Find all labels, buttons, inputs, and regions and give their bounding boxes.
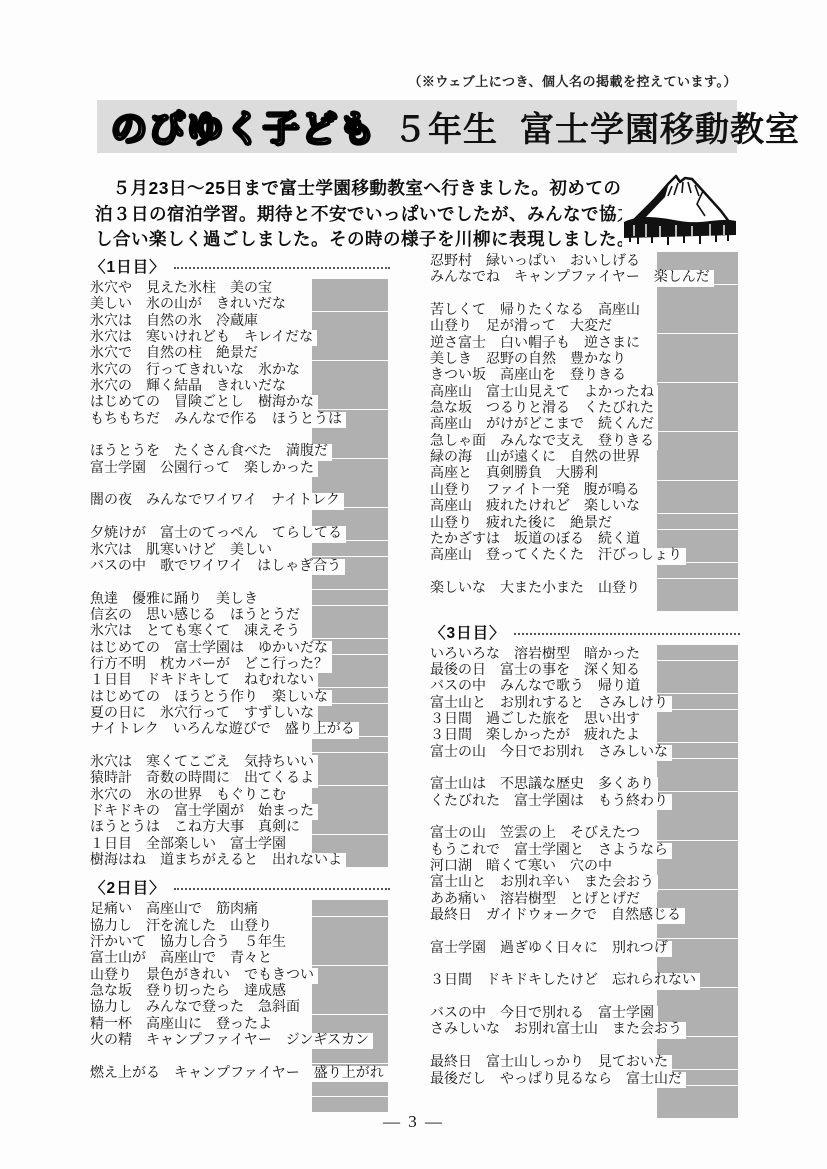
poem-text: 急な坂 つるりと滑る くたびれた — [430, 401, 658, 417]
blank-line — [90, 508, 390, 524]
blank-line — [430, 988, 740, 1004]
poem-line: もうこれで 富士学園と さようなら — [430, 841, 740, 857]
poem-text: 行方不明 枕カバーが どこ行った？ — [90, 657, 332, 673]
redaction-box — [312, 671, 388, 687]
poem-text: いろいろな 溶岩樹型 暗かった — [430, 647, 644, 663]
redaction-box — [657, 1004, 738, 1020]
poem-line: 高座山 富士山見えて よかったね — [430, 383, 740, 399]
poem-text: 急しゃ面 みんなで支え 登りきる — [430, 434, 658, 450]
redaction-box — [312, 426, 388, 442]
poem-line: バスの中 みんなで歌う 帰り道 — [430, 677, 740, 693]
poem-text: 火の精 キャンプファイヤー ジンギスカン — [90, 1033, 373, 1049]
poem-line: 氷穴は 寒くてこごえ 気持ちいい — [90, 753, 390, 769]
poem-line: 最後だし やっぱり見るなら 富士山だ — [430, 1070, 740, 1086]
poem-line: ほうとうは こね方大事 真剣に — [90, 818, 390, 834]
redaction-box — [312, 737, 388, 753]
poem-text: １日目 ドキドキして ねむれない — [90, 673, 318, 689]
redaction-box — [657, 334, 738, 350]
blank-line — [90, 1097, 390, 1113]
redaction-box — [312, 1080, 388, 1096]
poems-column-left: 〈1日目〉氷穴や 見えた氷柱 美の宝美しい 氷の山が きれいだな氷穴は 自然の氷… — [90, 255, 390, 1113]
poem-text: 富士山が 高座山で 青々と — [90, 951, 276, 967]
poem-text: くたびれた 富士学園は もう終わり — [430, 794, 672, 810]
redaction-box — [312, 966, 388, 982]
poem-line: きつい坂 高座山を 登りきる — [430, 366, 740, 382]
poem-text: はじめての ほうとう作り 楽しいな — [90, 690, 332, 706]
poem-text: 富士山と お別れすると さみしけり — [430, 696, 672, 712]
poem-line: 富士学園 公園行って 楽しかった — [90, 459, 390, 475]
poem-text: 忍野村 緑いっぱい おいしげる — [430, 254, 644, 270]
mount-fuji-illustration — [622, 170, 738, 252]
redaction-box — [312, 933, 388, 949]
redaction-box — [657, 824, 738, 840]
poem-text: ああ痛い 溶岩樹型 とげとげだ — [430, 892, 644, 908]
poem-line: 協力し みんなで登った 急斜面 — [90, 998, 390, 1014]
masthead-series-title: のびゆく子ども — [111, 101, 377, 152]
poem-text: 協力し 汗を流した 山登り — [90, 919, 276, 935]
poem-line: ３日間 楽しかったが 疲れたよ — [430, 726, 740, 742]
redaction-box — [657, 710, 738, 726]
poem-text: １日目 全部楽しい 富士学園 — [90, 837, 290, 853]
poem-line: 急しゃ面 みんなで支え 登りきる — [430, 432, 740, 448]
poem-line: ドキドキの 富士学園が 始まった — [90, 802, 390, 818]
newsletter-page: （※ウェブ上につき、個人名の掲載を控えています。） のびゆく子ども ５年生 富士… — [0, 0, 827, 1169]
poem-line: 最終日 ガイドウォークで 自然感じる — [430, 906, 740, 922]
poem-line: 行方不明 枕カバーが どこ行った？ — [90, 655, 390, 671]
redaction-box — [312, 328, 388, 344]
poem-text: 氷穴の 行ってきれいな 氷かな — [90, 363, 304, 379]
poem-text: 協力し みんなで登った 急斜面 — [90, 1000, 304, 1016]
redaction-box — [657, 366, 738, 382]
redaction-box — [657, 661, 738, 677]
redaction-box — [657, 252, 738, 268]
poem-line: 氷穴は 自然の氷 冷蔵庫 — [90, 312, 390, 328]
redaction-box — [312, 1047, 388, 1063]
redaction-box — [312, 606, 388, 622]
poem-text: 氷穴は 寒くてこごえ 気持ちいい — [90, 755, 318, 771]
redaction-box — [657, 464, 738, 480]
poem-text: 猿時計 奇数の時間に 出てくるよ — [90, 771, 318, 787]
poem-line: 氷穴の 氷の世界 もぐりこむ — [90, 786, 390, 802]
poem-line: 緑の海 山が遠くに 自然の世界 — [430, 448, 740, 464]
redaction-box — [657, 301, 738, 317]
poem-line: 忍野村 緑いっぱい おいしげる — [430, 252, 740, 268]
blank-line — [430, 595, 740, 611]
poem-line: 火の精 キャンプファイヤー ジンギスカン — [90, 1031, 390, 1047]
blank-line — [90, 475, 390, 491]
redaction-box — [657, 873, 738, 889]
section-header-label: 〈3日目〉 — [430, 621, 506, 643]
redaction-box — [312, 295, 388, 311]
poem-text: ナイトレク いろんな遊びで 盛り上がる — [90, 722, 359, 738]
blank-line — [430, 1086, 740, 1102]
poem-text: 氷穴や 見えた氷柱 美の宝 — [90, 281, 276, 297]
poem-line: バスの中 歌でワイワイ はしゃぎ合う — [90, 557, 390, 573]
poem-text: 河口湖 暗くて寒い 穴の中 — [430, 859, 616, 875]
blank-line — [430, 563, 740, 579]
poem-line: 高座山 疲れたけれど 楽しいな — [430, 497, 740, 513]
poem-text: 急な坂 登り切ったら 達成感 — [90, 984, 290, 1000]
poem-text: 高座山 疲れたけれど 楽しいな — [430, 499, 644, 515]
blank-line — [90, 737, 390, 753]
dotted-leader — [174, 888, 390, 890]
poem-line: 急な坂 つるりと滑る くたびれた — [430, 399, 740, 415]
poem-text: 氷穴の 輝く結晶 きれいだな — [90, 379, 290, 395]
poem-line: 氷穴や 見えた氷柱 美の宝 — [90, 279, 390, 295]
redaction-box — [657, 497, 738, 513]
blank-line — [430, 808, 740, 824]
poem-line: はじめての 冒険ごとし 樹海かな — [90, 393, 390, 409]
poem-line: 燃え上がる キャンプファイヤー 盛り上がれ — [90, 1064, 390, 1080]
redaction-box — [312, 508, 388, 524]
redaction-box — [657, 775, 738, 791]
poem-text: 氷穴で 自然の柱 絶景だ — [90, 346, 262, 362]
poem-text: 魚達 優雅に踊り 美しき — [90, 592, 262, 608]
redaction-box — [657, 285, 738, 301]
poem-line: 魚達 優雅に踊り 美しき — [90, 590, 390, 606]
redaction-box — [312, 590, 388, 606]
poem-line: 美しき 忍野の自然 豊かなり — [430, 350, 740, 366]
poem-line: 山登り 疲れた後に 絶景だ — [430, 514, 740, 530]
redaction-box — [657, 399, 738, 415]
poem-line: ああ痛い 溶岩樹型 とげとげだ — [430, 890, 740, 906]
poem-text: バスの中 今日で別れる 富士学園 — [430, 1006, 658, 1022]
poem-line: 協力し 汗を流した 山登り — [90, 917, 390, 933]
redaction-box — [312, 998, 388, 1014]
poem-line: 山登り 足が滑って 大変だ — [430, 317, 740, 333]
poem-line: 猿時計 奇数の時間に 出てくるよ — [90, 769, 390, 785]
poem-text: 最終日 富士山しっかり 見ておいた — [430, 1055, 672, 1071]
poem-line: 美しい 氷の山が きれいだな — [90, 295, 390, 311]
poem-text: たかざすは 坂道のぼる 続く道 — [430, 532, 644, 548]
poem-line: 夏の日に 氷穴行って すずしいな — [90, 704, 390, 720]
poem-line: 氷穴で 自然の柱 絶景だ — [90, 344, 390, 360]
poem-line: 樹海はね 道まちがえると 出れないよ — [90, 851, 390, 867]
redaction-box — [312, 541, 388, 557]
poem-text: 富士の山 今日でお別れ さみしいな — [430, 745, 672, 761]
redaction-box — [312, 818, 388, 834]
redaction-box — [657, 432, 738, 448]
poem-text: 夏の日に 氷穴行って すずしいな — [90, 706, 318, 722]
section-header: 〈1日目〉 — [90, 255, 390, 277]
poem-line: 最終日 富士山しっかり 見ておいた — [430, 1053, 740, 1069]
redaction-box — [312, 312, 388, 328]
redaction-box — [312, 704, 388, 720]
blank-line — [430, 285, 740, 301]
redaction-box — [657, 317, 738, 333]
poem-line: 汗かいて 協力し合う ５年生 — [90, 933, 390, 949]
privacy-disclaimer: （※ウェブ上につき、個人名の掲載を控えています。） — [408, 71, 737, 90]
poem-line: ナイトレク いろんな遊びで 盛り上がる — [90, 720, 390, 736]
redaction-box — [312, 1097, 388, 1113]
poem-text: 苦しくて 帰りたくなる 高座山 — [430, 303, 644, 319]
poem-text: 最後の日 富士の事を 深く知る — [430, 663, 644, 679]
poem-text: 山登り 景色がきれい でもきつい — [90, 968, 318, 984]
redaction-box — [312, 949, 388, 965]
poem-line: たかざすは 坂道のぼる 続く道 — [430, 530, 740, 546]
redaction-box — [312, 361, 388, 377]
poem-line: 氷穴は とても寒くて 凍えそう — [90, 622, 390, 638]
poem-text: ほうとうを たくさん食べた 満腹だ — [90, 444, 332, 460]
poem-line: 氷穴の 行ってきれいな 氷かな — [90, 361, 390, 377]
redaction-box — [312, 900, 388, 916]
redaction-box — [657, 677, 738, 693]
masthead-event-title: 富士学園移動教室 — [520, 102, 800, 151]
poem-text: 樹海はね 道まちがえると 出れないよ — [90, 853, 346, 869]
poem-text: バスの中 歌でワイワイ はしゃぎ合う — [90, 559, 345, 575]
poem-text: 富士の山 笠雲の上 そびえたつ — [430, 826, 644, 842]
poem-text: 高座と 真剣勝負 大勝利 — [430, 466, 602, 482]
poem-line: １日目 ドキドキして ねむれない — [90, 671, 390, 687]
blank-line — [90, 1047, 390, 1063]
poem-line: ３日間 過ごした旅を 思い出す — [430, 710, 740, 726]
redaction-box — [312, 835, 388, 851]
poem-text: 最終日 ガイドウォークで 自然感じる — [430, 908, 685, 924]
poem-text: 氷穴は 肌寒いけど 美しい — [90, 543, 276, 559]
redaction-box — [312, 279, 388, 295]
poem-text: 山登り 疲れた後に 絶景だ — [430, 516, 616, 532]
redaction-box — [657, 857, 738, 873]
poem-text: 富士学園 公園行って 楽しかった — [90, 461, 318, 477]
poem-text: ３日間 楽しかったが 疲れたよ — [430, 728, 644, 744]
poem-text: 最後だし やっぱり見るなら 富士山だ — [430, 1072, 686, 1088]
poem-line: 最後の日 富士の事を 深く知る — [430, 661, 740, 677]
section-header-label: 〈1日目〉 — [90, 255, 166, 277]
redaction-box — [657, 645, 738, 661]
poem-line: いろいろな 溶岩樹型 暗かった — [430, 645, 740, 661]
blank-line — [430, 1037, 740, 1053]
redaction-box — [312, 393, 388, 409]
poem-text: 美しい 氷の山が きれいだな — [90, 297, 290, 313]
redaction-box — [657, 415, 738, 431]
poem-line: 氷穴は 肌寒いけど 美しい — [90, 541, 390, 557]
poem-line: もちもちだ みんなで作る ほうとうは — [90, 410, 390, 426]
redaction-box — [312, 802, 388, 818]
redaction-box — [657, 1037, 738, 1053]
poem-text: 富士山と お別れ辛い また会おう — [430, 875, 658, 891]
section-header: 〈2日目〉 — [90, 876, 390, 898]
poem-text: 氷穴は とても寒くて 凍えそう — [90, 624, 304, 640]
redaction-box — [657, 383, 738, 399]
poem-text: 汗かいて 協力し合う ５年生 — [90, 935, 290, 951]
blank-line — [430, 922, 740, 938]
redaction-box — [657, 922, 738, 938]
poem-text: 燃え上がる キャンプファイヤー 盛り上がれ — [90, 1066, 388, 1082]
poem-text: 美しき 忍野の自然 豊かなり — [430, 352, 630, 368]
poem-line: 山登り 景色がきれい でもきつい — [90, 966, 390, 982]
redaction-box — [657, 595, 738, 611]
poem-line: 富士山は 不思議な歴史 多くあり — [430, 775, 740, 791]
poem-line: 急な坂 登り切ったら 達成感 — [90, 982, 390, 998]
redaction-box — [312, 475, 388, 491]
poem-line: ３日間 ドキドキしたけど 忘れられない — [430, 971, 740, 987]
poem-text: 氷穴の 氷の世界 もぐりこむ — [90, 788, 290, 804]
poem-text: 山登り 足が滑って 大変だ — [430, 319, 616, 335]
blank-line — [430, 955, 740, 971]
poem-text: 高座山 富士山見えて よかったね — [430, 385, 658, 401]
redaction-box — [657, 988, 738, 1004]
blank-line — [90, 1080, 390, 1096]
redaction-box — [657, 579, 738, 595]
poem-text: 楽しいな 大また小また 山登り — [430, 581, 644, 597]
redaction-box — [657, 890, 738, 906]
poem-line: 富士山と お別れすると さみしけり — [430, 694, 740, 710]
poem-line: 逆さ富士 白い帽子も 逆さまに — [430, 334, 740, 350]
poem-text: さみしいな お別れ富士山 また会おう — [430, 1022, 686, 1038]
poem-line: 富士山と お別れ辛い また会おう — [430, 873, 740, 889]
poem-text: もうこれで 富士学園と さようなら — [430, 843, 672, 859]
poem-text: きつい坂 高座山を 登りきる — [430, 368, 630, 384]
redaction-box — [657, 563, 738, 579]
redaction-box — [312, 622, 388, 638]
redaction-box — [657, 1086, 738, 1102]
masthead-banner: のびゆく子ども ５年生 富士学園移動教室 — [97, 100, 737, 153]
redaction-box — [657, 530, 738, 546]
blank-line — [90, 573, 390, 589]
poem-line: 闇の夜 みんなでワイワイ ナイトレク — [90, 491, 390, 507]
poem-text: 逆さ富士 白い帽子も 逆さまに — [430, 336, 644, 352]
redaction-box — [657, 759, 738, 775]
redaction-box — [312, 769, 388, 785]
page-number: — 3 — — [0, 1112, 827, 1132]
redaction-box — [657, 350, 738, 366]
poem-text: はじめての 冒険ごとし 樹海かな — [90, 395, 318, 411]
poem-line: バスの中 今日で別れる 富士学園 — [430, 1004, 740, 1020]
poem-text: 精一杯 高座山に 登ったよ — [90, 1017, 276, 1033]
poem-text: 富士山は 不思議な歴史 多くあり — [430, 777, 658, 793]
poem-line: はじめての 富士学園は ゆかいだな — [90, 639, 390, 655]
poem-text: ほうとうは こね方大事 真剣に — [90, 820, 304, 836]
poem-line: 信玄の 思い感じる ほうとうだ — [90, 606, 390, 622]
poem-text: 富士学園 過ぎゆく日々に 別れつげ — [430, 941, 672, 957]
redaction-box — [312, 786, 388, 802]
redaction-box — [312, 1015, 388, 1031]
intro-paragraph: ５月23日～25日まで富士学園移動教室へ行きました。初めての２泊３日の宿泊学習。… — [95, 176, 647, 253]
poem-text: 氷穴は 自然の氷 冷蔵庫 — [90, 314, 262, 330]
dotted-leader — [174, 267, 390, 269]
section-header: 〈3日目〉 — [430, 621, 740, 643]
poem-text: 闇の夜 みんなでワイワイ ナイトレク — [90, 493, 344, 509]
redaction-box — [657, 955, 738, 971]
section-header-label: 〈2日目〉 — [90, 876, 166, 898]
poem-line: １日目 全部楽しい 富士学園 — [90, 835, 390, 851]
poem-line: みんなでね キャンプファイヤー 楽しんだ — [430, 268, 740, 284]
redaction-box — [657, 448, 738, 464]
poem-text: バスの中 みんなで歌う 帰り道 — [430, 679, 644, 695]
poem-text: もちもちだ みんなで作る ほうとうは — [90, 412, 346, 428]
poem-text: ３日間 ドキドキしたけど 忘れられない — [430, 973, 700, 989]
poem-line: はじめての ほうとう作り 楽しいな — [90, 688, 390, 704]
poem-text: 緑の海 山が遠くに 自然の世界 — [430, 450, 644, 466]
redaction-box — [312, 573, 388, 589]
poem-text: ３日間 過ごした旅を 思い出す — [430, 712, 644, 728]
redaction-box — [657, 481, 738, 497]
blank-line — [430, 759, 740, 775]
dotted-leader — [514, 633, 740, 635]
poem-line: 河口湖 暗くて寒い 穴の中 — [430, 857, 740, 873]
blank-line — [90, 426, 390, 442]
redaction-box — [657, 808, 738, 824]
poem-text: ドキドキの 富士学園が 始まった — [90, 804, 318, 820]
poems-column-right: 忍野村 緑いっぱい おいしげるみんなでね キャンプファイヤー 楽しんだ苦しくて … — [430, 252, 740, 1119]
poem-line: 高座山 がけがどこまで 続くんだ — [430, 415, 740, 431]
redaction-box — [312, 459, 388, 475]
poem-text: 夕焼けが 富士のてっぺん てらしてる — [90, 526, 346, 542]
poem-line: ほうとうを たくさん食べた 満腹だ — [90, 442, 390, 458]
poem-line: 高座と 真剣勝負 大勝利 — [430, 464, 740, 480]
poem-line: 苦しくて 帰りたくなる 高座山 — [430, 301, 740, 317]
redaction-box — [312, 377, 388, 393]
redaction-box — [657, 726, 738, 742]
poem-text: 信玄の 思い感じる ほうとうだ — [90, 608, 304, 624]
poem-line: 夕焼けが 富士のてっぺん てらしてる — [90, 524, 390, 540]
poem-line: さみしいな お別れ富士山 また会おう — [430, 1020, 740, 1036]
poem-line: 楽しいな 大また小また 山登り — [430, 579, 740, 595]
redaction-box — [312, 982, 388, 998]
redaction-box — [657, 514, 738, 530]
poem-line: 富士学園 過ぎゆく日々に 別れつげ — [430, 939, 740, 955]
poem-line: くたびれた 富士学園は もう終わり — [430, 792, 740, 808]
poem-line: 足痛い 高座山で 筋肉痛 — [90, 900, 390, 916]
masthead-grade-label: ５年生 — [393, 102, 498, 151]
poem-text: はじめての 富士学園は ゆかいだな — [90, 641, 332, 657]
poem-line: 氷穴は 寒いけれども キレイだな — [90, 328, 390, 344]
poem-text: 高座山 登ってくたくた 汗びっしょり — [430, 548, 686, 564]
redaction-box — [312, 917, 388, 933]
poem-line: 氷穴の 輝く結晶 きれいだな — [90, 377, 390, 393]
redaction-box — [312, 344, 388, 360]
poem-text: 氷穴は 寒いけれども キレイだな — [90, 330, 317, 346]
poem-line: 精一杯 高座山に 登ったよ — [90, 1015, 390, 1031]
poem-line: 富士山が 高座山で 青々と — [90, 949, 390, 965]
poem-line: 高座山 登ってくたくた 汗びっしょり — [430, 546, 740, 562]
poem-text: 高座山 がけがどこまで 続くんだ — [430, 417, 658, 433]
poem-text: みんなでね キャンプファイヤー 楽しんだ — [430, 270, 714, 286]
poem-line: 山登り ファイト一発 腹が鳴る — [430, 481, 740, 497]
poem-line: 富士の山 笠雲の上 そびえたつ — [430, 824, 740, 840]
redaction-box — [312, 753, 388, 769]
poem-text: 足痛い 高座山で 筋肉痛 — [90, 902, 262, 918]
poem-text: 山登り ファイト一発 腹が鳴る — [430, 483, 644, 499]
poem-line: 富士の山 今日でお別れ さみしいな — [430, 743, 740, 759]
